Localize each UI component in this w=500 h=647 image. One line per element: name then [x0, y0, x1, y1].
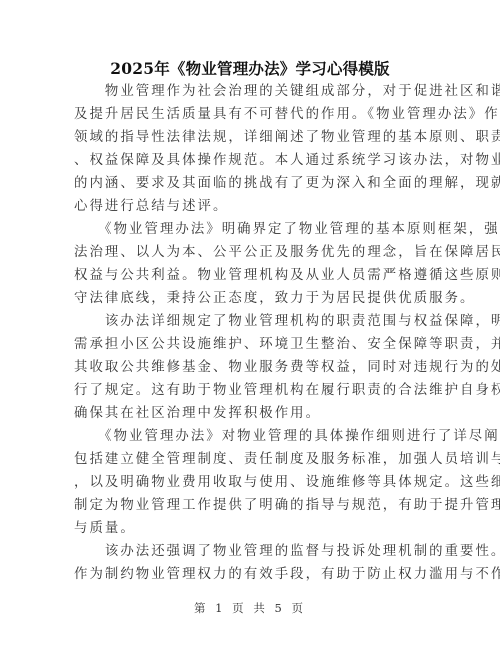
- text-line: 的内涵、要求及其面临的挑战有了更为深入和全面的理解，现就学习: [74, 172, 420, 195]
- document-page: 2025年《物业管理办法》学习心得模版 物业管理作为社会治理的关键组成部分，对于…: [0, 0, 500, 647]
- text-line: 行了规定。这有助于物业管理机构在履行职责的合法维护自身权益，: [74, 379, 420, 402]
- document-body: 物业管理作为社会治理的关键组成部分，对于促进社区和谐发展 及提升居民生活质量具有…: [74, 80, 420, 586]
- text-line: 心得进行总结与述评。: [74, 195, 420, 218]
- text-line: 守法律底线，秉持公正态度，致力于为居民提供优质服务。: [74, 287, 420, 310]
- text-line: 其收取公共维修基金、物业服务费等权益，同时对违规行为的处置进: [74, 356, 420, 379]
- text-line: 与质量。: [74, 517, 420, 540]
- text-line: 作为制约物业管理权力的有效手段，有助于防止权力滥用与不作为现: [74, 563, 420, 586]
- text-line: ，以及明确物业费用收取与使用、设施维修等具体规定。这些细则的: [74, 471, 420, 494]
- text-line: 包括建立健全管理制度、责任制度及服务标准，加强人员培训与管理: [74, 448, 420, 471]
- text-line: 物业管理作为社会治理的关键组成部分，对于促进社区和谐发展: [74, 80, 420, 103]
- text-line: 需承担小区公共设施维护、环境卫生整治、安全保障等职责，并赋予: [74, 333, 420, 356]
- text-line: 及提升居民生活质量具有不可替代的作用。《物业管理办法》作为该: [74, 103, 420, 126]
- text-line: 权益与公共利益。物业管理机构及从业人员需严格遵循这些原则，恪: [74, 264, 420, 287]
- text-line: 该办法还强调了物业管理的监督与投诉处理机制的重要性。监督: [74, 540, 420, 563]
- text-line: 《物业管理办法》明确界定了物业管理的基本原则框架，强调依: [74, 218, 420, 241]
- text-line: 《物业管理办法》对物业管理的具体操作细则进行了详尽阐述，: [74, 425, 420, 448]
- text-line: 法治理、以人为本、公平公正及服务优先的理念，旨在保障居民合法: [74, 241, 420, 264]
- text-line: 制定为物业管理工作提供了明确的指导与规范，有助于提升管理效率: [74, 494, 420, 517]
- text-line: 确保其在社区治理中发挥积极作用。: [74, 402, 420, 425]
- page-number-footer: 第 1 页 共 5 页: [0, 600, 500, 616]
- text-line: 该办法详细规定了物业管理机构的职责范围与权益保障，明确其: [74, 310, 420, 333]
- document-title: 2025年《物业管理办法》学习心得模版: [0, 57, 500, 79]
- text-line: 、权益保障及具体操作规范。本人通过系统学习该办法，对物业管理: [74, 149, 420, 172]
- text-line: 领域的指导性法律法规，详细阐述了物业管理的基本原则、职责划分: [74, 126, 420, 149]
